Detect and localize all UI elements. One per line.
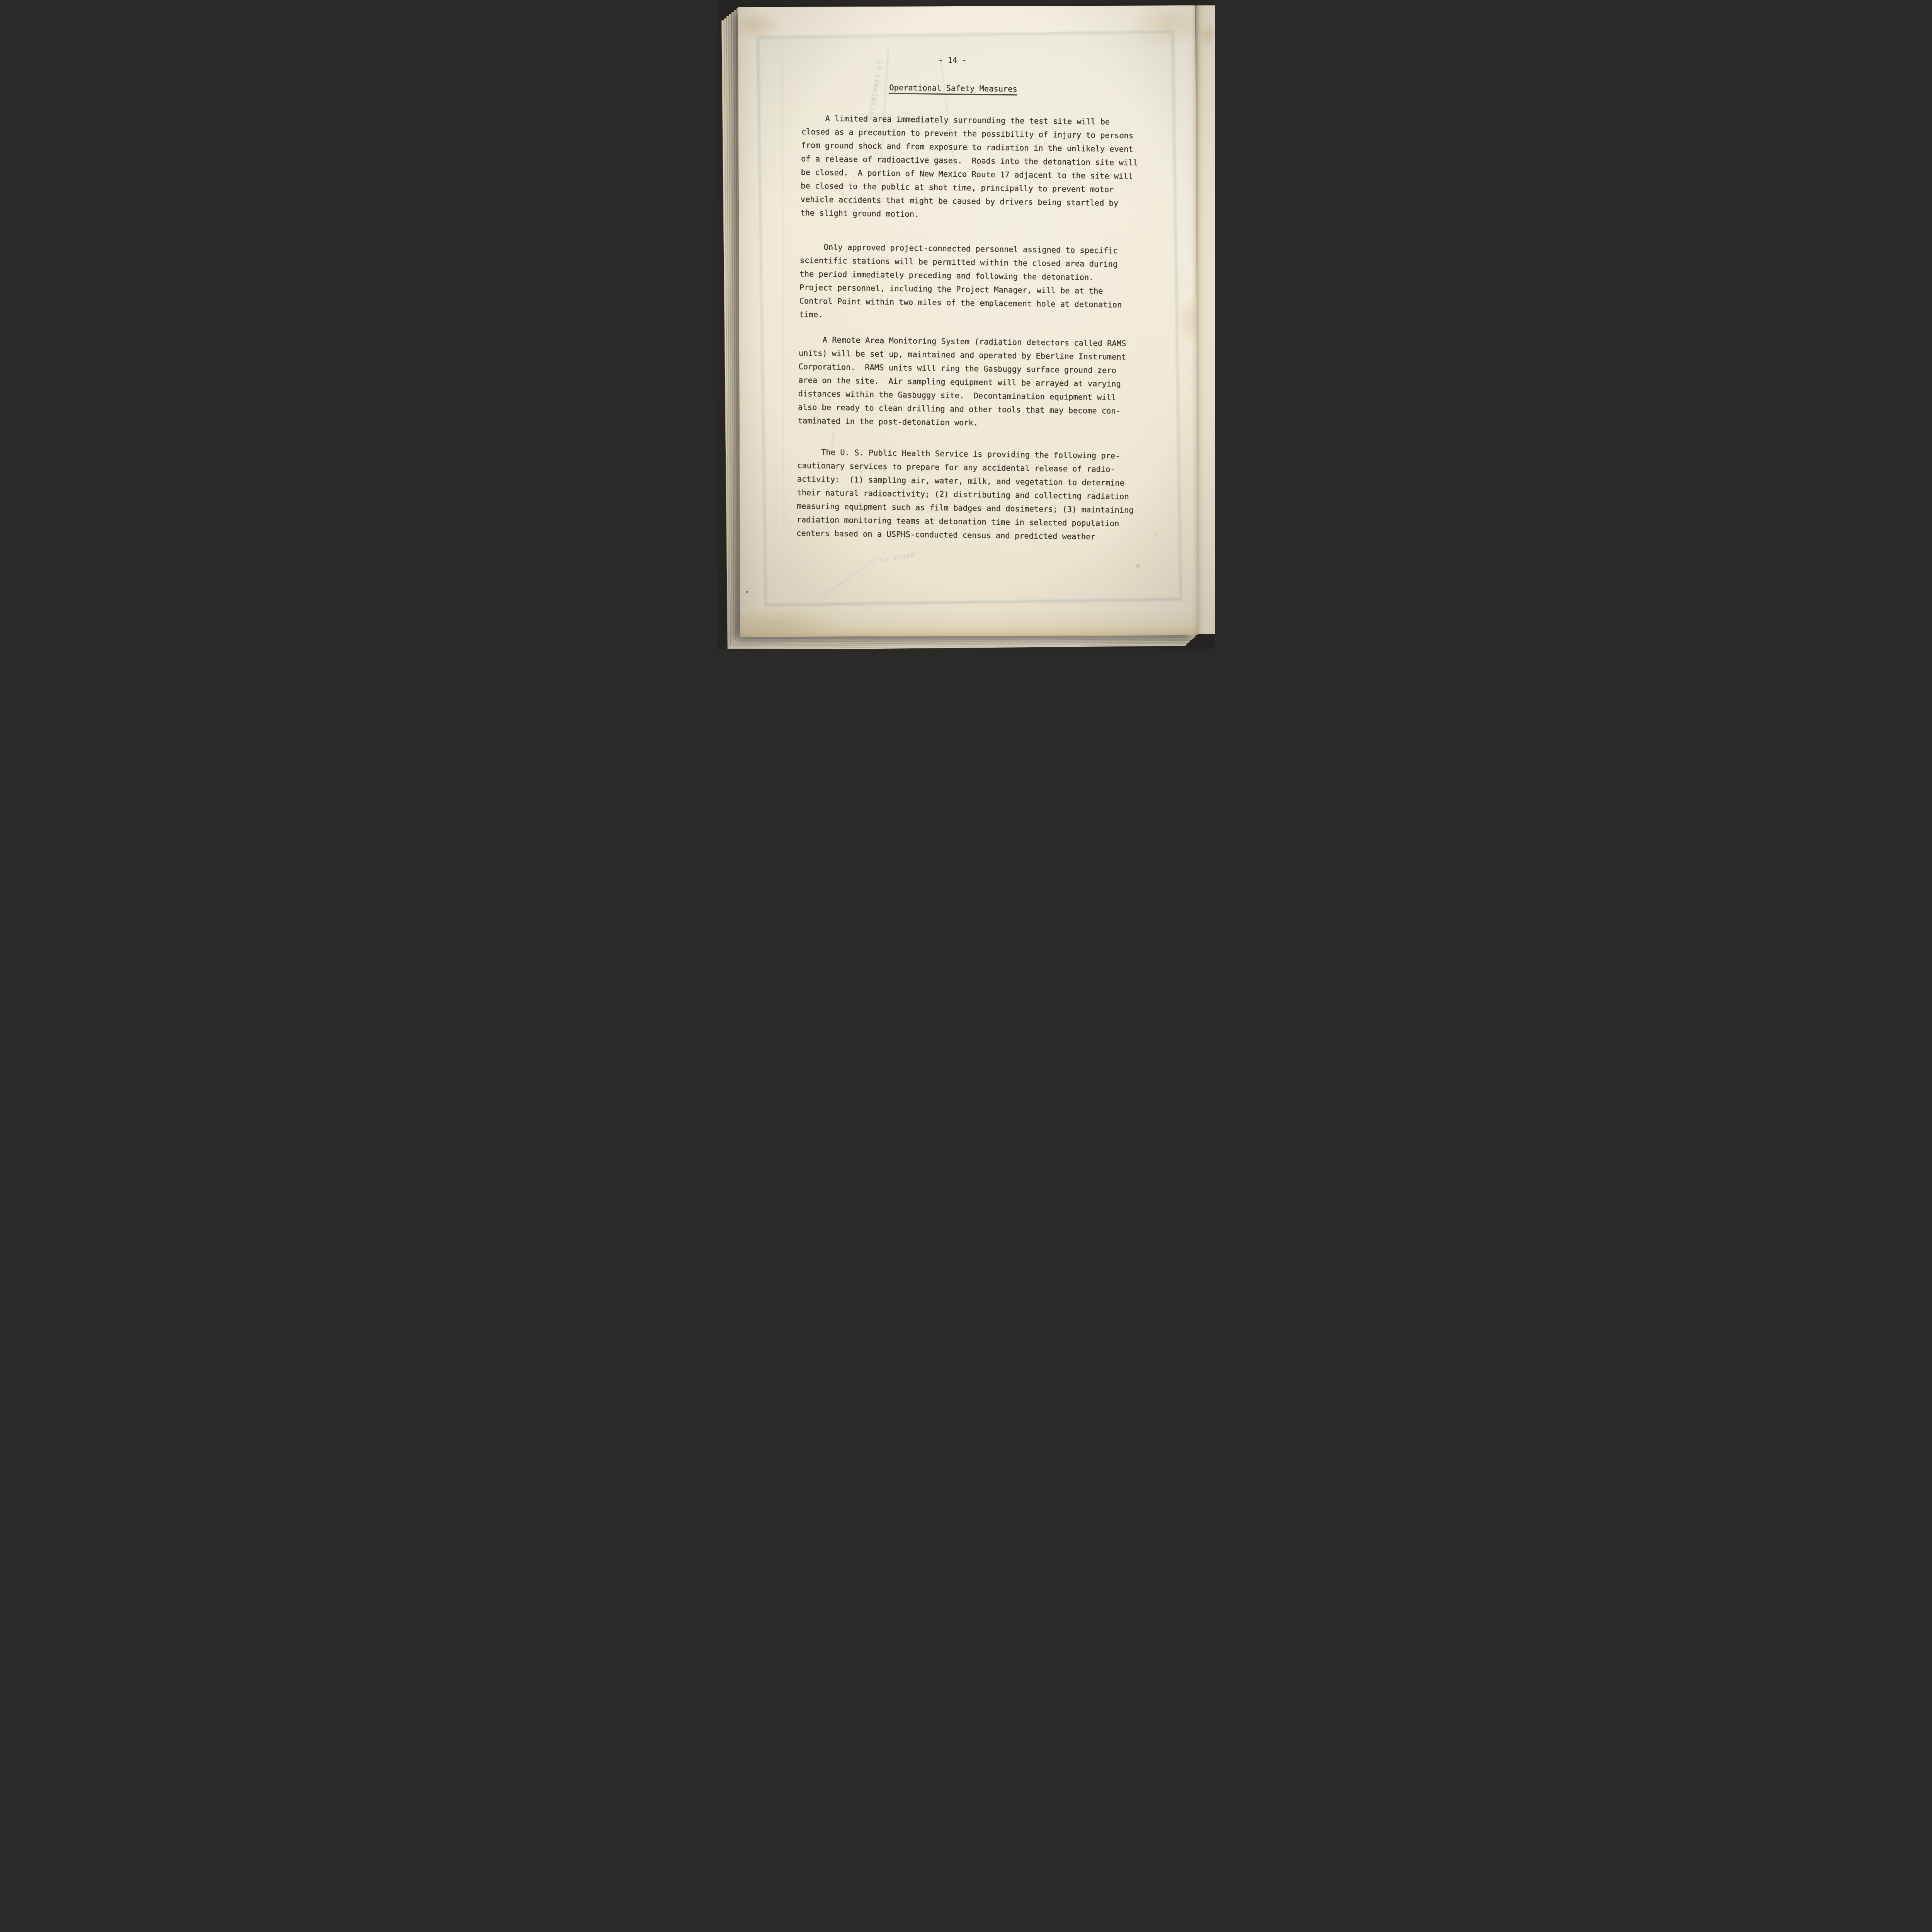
underlying-next-page-edge: [1194, 5, 1215, 634]
document-title: Operational Safety Measures: [889, 83, 1017, 95]
paragraph-public-health-service: The U. S. Public Health Service is provi…: [796, 445, 1134, 544]
paragraph-area-closure: A limited area immediately surrounding t…: [800, 111, 1138, 224]
paragraph-monitoring-system: A Remote Area Monitoring System (radiati…: [798, 333, 1126, 431]
scanned-photo-background: TO FARMINGTON TO DULCE ROUTE 17 - 14 - O…: [717, 0, 1215, 649]
page-number: - 14 -: [938, 55, 967, 65]
typed-text-block: - 14 - Operational Safety Measures A lim…: [732, 3, 1197, 639]
paragraph-personnel: Only approved project-connected personne…: [799, 240, 1122, 325]
document-page: TO FARMINGTON TO DULCE ROUTE 17 - 14 - O…: [738, 5, 1198, 637]
stain: [1199, 21, 1215, 48]
